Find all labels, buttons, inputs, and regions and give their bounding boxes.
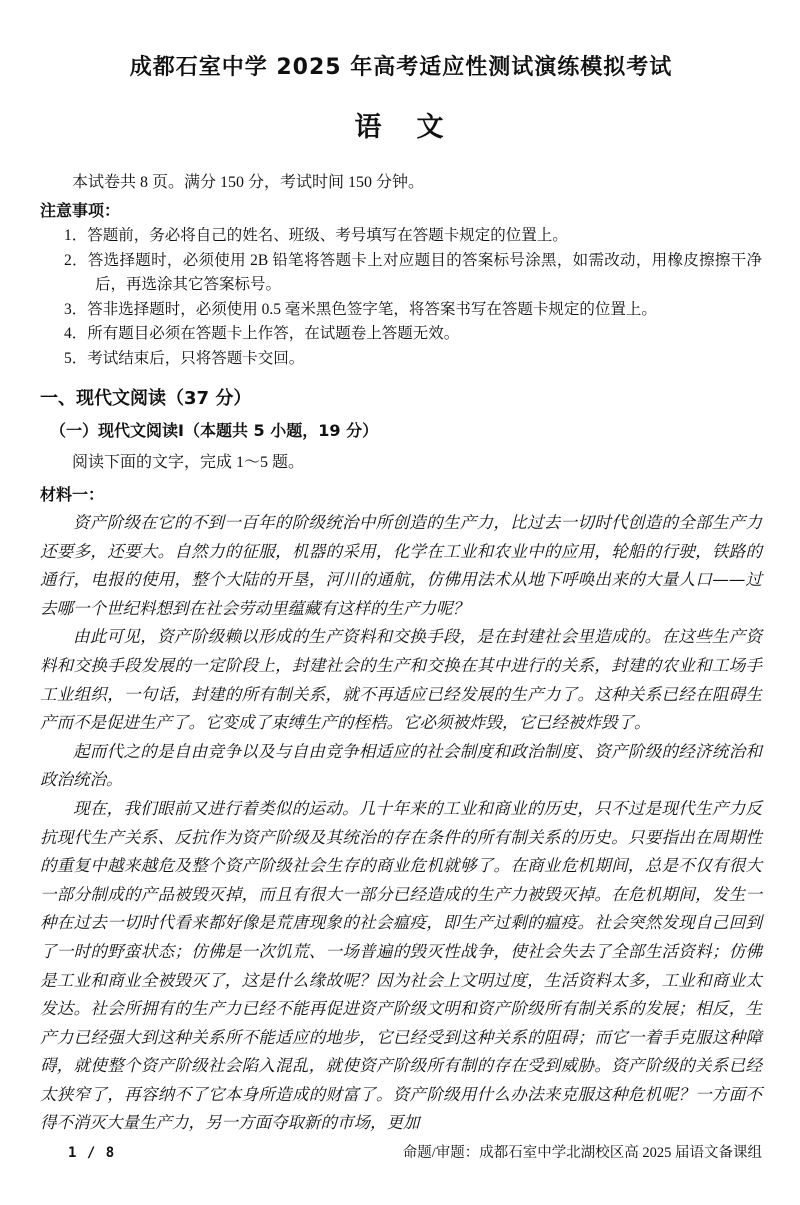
section-heading-modern-reading: 一、现代文阅读（37 分）: [40, 387, 762, 411]
material-paragraph-2: 由此可见，资产阶级赖以形成的生产资料和交换手段，是在封建社会里造成的。在这些生产…: [40, 623, 762, 737]
page-footer: 1 / 8 命题/审题：成都石室中学北湖校区高 2025 届语文备课组: [40, 1141, 762, 1162]
section-subheading-reading-1: （一）现代文阅读Ⅰ（本题共 5 小题，19 分）: [50, 420, 762, 442]
notice-item-4: 4．所有题目必须在答题卡上作答，在试题卷上答题无效。: [64, 322, 762, 347]
material-one-label: 材料一：: [40, 484, 762, 506]
material-paragraph-4: 现在，我们眼前又进行着类似的运动。几十年来的工业和商业的历史，只不过是现代生产力…: [40, 795, 762, 1138]
material-paragraph-1: 资产阶级在它的不到一百年的阶级统治中所创造的生产力，比过去一切时代创造的全部生产…: [40, 509, 762, 623]
notice-item-3: 3．答非选择题时，必须使用 0.5 毫米黑色签字笔，将答案书写在答题卡规定的位置…: [64, 298, 762, 323]
exam-info: 本试卷共 8 页。满分 150 分，考试时间 150 分钟。: [40, 172, 762, 194]
material-paragraph-3: 起而代之的是自由竞争以及与自由竞争相适应的社会制度和政治制度、资产阶级的经济统治…: [40, 738, 762, 795]
notice-item-1: 1．答题前，务必将自己的姓名、班级、考号填写在答题卡规定的位置上。: [64, 224, 762, 249]
page-number: 1 / 8: [68, 1145, 115, 1161]
notice-item-2: 2．答选择题时，必须使用 2B 铅笔将答题卡上对应题目的答案标号涂黑，如需改动，…: [64, 249, 762, 298]
notice-heading: 注意事项：: [40, 200, 762, 222]
material-one-body: 资产阶级在它的不到一百年的阶级统治中所创造的生产力，比过去一切时代创造的全部生产…: [40, 509, 762, 1138]
footer-attribution: 命题/审题：成都石室中学北湖校区高 2025 届语文备课组: [403, 1141, 762, 1162]
reading-instruction: 阅读下面的文字，完成 1～5 题。: [40, 452, 762, 474]
notice-list: 1．答题前，务必将自己的姓名、班级、考号填写在答题卡规定的位置上。 2．答选择题…: [40, 224, 762, 371]
exam-title: 成都石室中学 2025 年高考适应性测试演练模拟考试: [40, 0, 762, 82]
exam-paper-page: 成都石室中学 2025 年高考适应性测试演练模拟考试 语 文 本试卷共 8 页。…: [0, 0, 800, 1205]
exam-subject: 语 文: [40, 113, 762, 143]
notice-item-5: 5．考试结束后，只将答题卡交回。: [64, 347, 762, 372]
